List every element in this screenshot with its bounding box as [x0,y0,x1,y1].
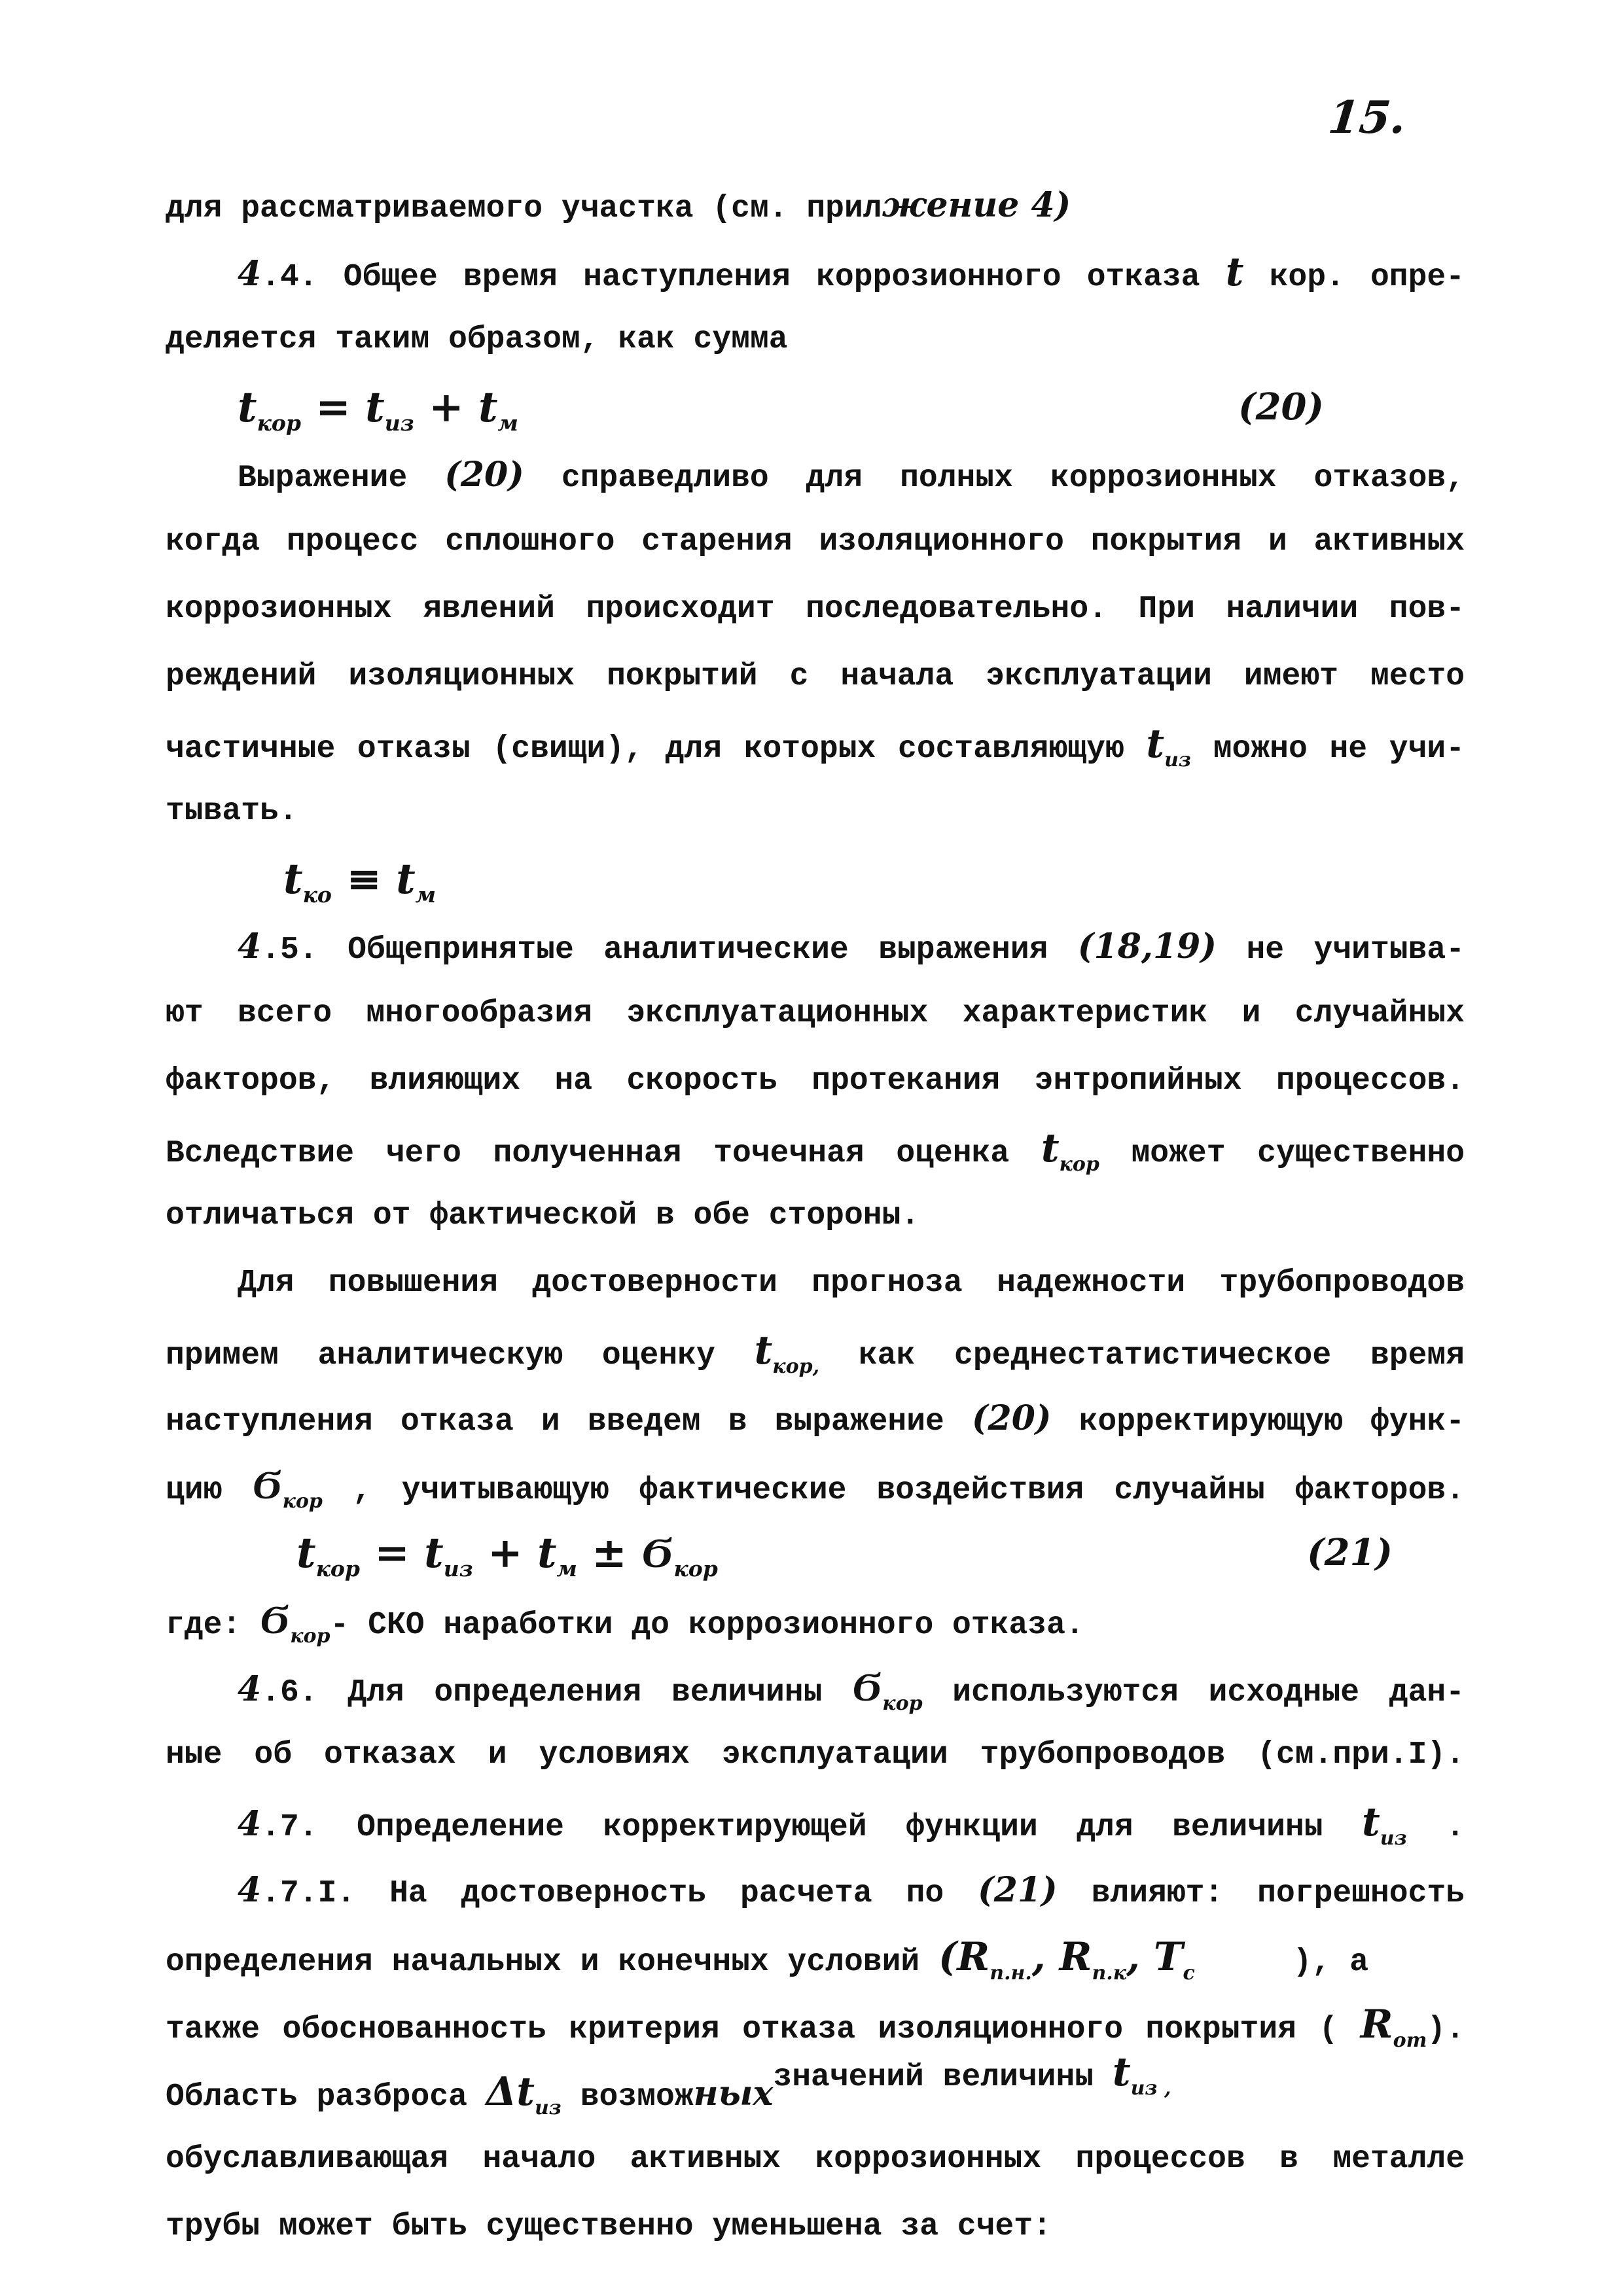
handwritten-var: tкор [238,383,301,432]
text-line: наступления отказа и введем в выражение … [166,1385,1465,1452]
handwritten-number: (18,19) [1078,927,1217,966]
typed-text: влияют: погрешность [1058,1876,1465,1911]
typed-text: трубы может быть существенно уменьшена з… [166,2209,1052,2244]
var-base: Ϭ [852,1665,882,1710]
handwritten-var: tм [396,855,436,904]
typed-text: можно не учи- [1191,732,1465,767]
operator: = [360,1528,424,1578]
formula-identity: tко ≡ tм [166,845,1465,913]
typed-text: .7.I. На достоверность расчета по [261,1876,978,1911]
var-sub: п.н. [990,1962,1032,1985]
text-line: 4.5. Общепринятые аналитические выражени… [166,913,1465,980]
equation-number: (20) [1238,374,1324,441]
var-sub: м [557,1556,577,1581]
text-line: Вследствие чего полученная точечная оцен… [166,1115,1465,1182]
text-line: для рассматриваемого участка (см. прилже… [166,171,1465,239]
var-base: Ϭ [641,1528,673,1578]
typed-text: цию [166,1473,252,1508]
text-line: 4.4. Общее время наступления коррозионно… [166,239,1465,306]
typed-text: Выражение [238,461,444,496]
typed-text: - СКО наработки до коррозионного отказа. [330,1608,1084,1643]
var-base: t [478,383,498,432]
var-base: t [1146,721,1164,767]
typed-text: отличаться от фактической в обе стороны. [166,1198,919,1233]
typed-text: Область разброса [166,2079,486,2115]
handwritten-var: tиз [1146,721,1191,767]
var-base: t [238,383,257,432]
var-sub: из [444,1556,473,1581]
handwritten-var: tиз [1362,1799,1407,1845]
var-base: Ϭ [252,1462,282,1508]
var-base: t [1113,2049,1131,2095]
typed-text: справедливо для полных коррозионных отка… [524,461,1465,496]
operator: ≡ [332,855,396,904]
handwritten-var: tко [283,855,332,904]
handwritten-var: tиз [365,383,414,432]
handwritten-digit: 4 [238,1669,261,1709]
var-base: t [396,855,416,904]
handwritten-var: Rп.н. [957,1934,1031,1980]
text-line: примем аналитическую оценку tкор, как ср… [166,1317,1465,1385]
typed-text: деляется таким образом, как сумма [166,322,788,357]
typed-text: обуславливающая начало активных коррозио… [166,2142,1465,2177]
handwritten-sigma: Ϭкор [852,1665,922,1710]
handwritten-var: tкор [296,1528,360,1578]
equation-number: (21) [1307,1519,1393,1587]
operator: + [414,383,478,432]
typed-text: значений величины [773,2060,1112,2095]
var-sub: кор [673,1556,717,1581]
handwritten-paren: ( [938,1934,957,1980]
var-base: t [424,1528,444,1578]
handwritten-var: t [1226,249,1244,295]
var-sub: кор [290,1625,330,1648]
var-sub: ко [303,882,332,908]
typed-text: ные об отказах и условиях эксплуатации т… [166,1737,1465,1773]
handwritten-var: Rп.к [1060,1934,1126,1980]
text-line: коррозионных явлений происходит последов… [166,576,1465,643]
var-sub: кор [316,1556,360,1581]
handwritten-text: жение 4) [882,185,1071,225]
var-sub: из [385,410,414,436]
handwritten-var: Rот [1361,2002,1427,2047]
handwritten-delta: Δ [486,2069,517,2115]
text-line: факторов, влияющих на скорость протекани… [166,1048,1465,1115]
var-sub: п.к [1092,1962,1127,1985]
handwritten-var: tиз , [1113,2049,1171,2095]
text-line: 4.7. Определение корректирующей функции … [166,1789,1465,1856]
var-sub: м [416,882,436,908]
text-line: цию Ϭкор , учитывающую фактические возде… [166,1452,1465,1519]
handwritten-number: (20) [444,455,524,495]
var-base: t [516,2069,535,2115]
var-sub: с [1183,1962,1195,1985]
handwritten-text: ных [694,2074,774,2113]
var-sub: м [498,410,518,436]
text-line: трубы может быть существенно уменьшена з… [166,2193,1465,2261]
text-line: Выражение (20) справедливо для полных ко… [166,441,1465,508]
typed-text: .4. Общее время наступления коррозионног… [261,260,1226,295]
typed-text: для рассматриваемого участка (см. прил [166,191,882,226]
var-sub: кор, [772,1355,819,1378]
var-sub: кор [283,1490,323,1513]
handwritten-digit: 4 [238,254,261,294]
typed-text: возмож [562,2079,694,2115]
typed-text: кор. опре- [1243,260,1465,295]
typed-text: .7. Определение корректирующей функции д… [261,1810,1362,1845]
handwritten-digit: 4 [238,927,261,966]
handwritten-var: tиз [424,1528,473,1578]
typed-text: где: [166,1608,260,1643]
operator: ± [577,1528,641,1578]
handwritten-var: tм [478,383,518,432]
text-line: деляется таким образом, как сумма [166,306,1465,374]
var-base: R [1361,2002,1393,2047]
typed-text: коррозионных явлений происходит последов… [166,592,1465,627]
typed-text: частичные отказы (свищи), для которых со… [166,732,1146,767]
var-sub: кор [1060,1153,1099,1176]
var-base: t [1362,1799,1380,1845]
text-body: для рассматриваемого участка (см. прилже… [166,171,1465,2261]
page-number: 15. [1326,92,1409,144]
typed-text: корректирующую функ- [1052,1404,1465,1439]
typed-text: определения начальных и конечных условий [166,1945,938,1980]
handwritten-digit: 4 [238,1870,261,1910]
var-base: R [957,1934,990,1980]
typed-text: используются исходные дан- [923,1675,1465,1710]
text-line: когда процесс сплошного старения изоляци… [166,508,1465,576]
formula-20: tкор = tиз + tм (20) [166,374,1465,441]
text-line: 4.6. Для определения величины Ϭкор испол… [166,1654,1465,1722]
var-sub: из , [1131,2077,1171,2100]
typed-text: может существенно [1099,1136,1465,1171]
var-sub: кор [882,1692,922,1715]
raised-text: значений величины tиз , [773,2060,1171,2095]
var-base: R [1060,1934,1092,1980]
typed-text: , учитывающую фактические воздействия сл… [323,1473,1465,1508]
typed-text: тывать. [166,794,298,829]
text-line: ные об отказах и условиях эксплуатации т… [166,1722,1465,1789]
var-sub: из [1164,749,1191,771]
typed-text: не учитыва- [1217,932,1465,968]
text-line: реждений изоляционных покрытий с начала … [166,643,1465,711]
var-base: Ϭ [260,1597,290,1643]
text-line: Область разброса Δtиз возможныхзначений … [166,2058,1465,2126]
handwritten-var: Тс [1154,1934,1195,1980]
document-page: 15. для рассматриваемого участка (см. пр… [0,0,1623,2296]
var-base: t [365,383,385,432]
typed-text: когда процесс сплошного старения изоляци… [166,524,1465,559]
text-line: 4.7.I. На достоверность расчета по (21) … [166,1856,1465,1924]
typed-text: ют всего многообразия эксплуатационных х… [166,996,1465,1031]
text-line: тывать. [166,778,1465,845]
typed-text: .6. Для определения величины [261,1675,852,1710]
typed-text: также обоснованность критерия отказа изо… [166,2012,1361,2047]
var-sub: кор [257,410,301,436]
var-sub: от [1393,2029,1427,2052]
var-base: t [755,1328,773,1373]
text-line: обуславливающая начало активных коррозио… [166,2126,1465,2193]
typed-text: ), а [1293,1945,1368,1980]
handwritten-sigma: Ϭкор [252,1462,322,1508]
var-base: Т [1154,1934,1183,1980]
text-line: частичные отказы (свищи), для которых со… [166,711,1465,778]
handwritten-number: (20) [972,1398,1052,1438]
handwritten-var: tкор, [755,1328,819,1373]
typed-text: Вследствие чего полученная точечная оцен… [166,1136,1041,1171]
typed-text: Для повышения достоверности прогноза над… [238,1265,1465,1301]
var-base: t [537,1528,557,1578]
handwritten-digit: 4 [238,1804,261,1844]
operator: = [301,383,365,432]
typed-text: ). [1427,2012,1465,2047]
handwritten-var: tм [537,1528,577,1578]
typed-text: факторов, влияющих на скорость протекани… [166,1063,1465,1099]
handwritten-text: , [1032,1934,1060,1980]
typed-text: . [1407,1810,1465,1845]
var-sub: из [1380,1827,1407,1850]
handwritten-sigma: Ϭкор [260,1597,330,1643]
formula-21: tкор = tиз + tм ± Ϭкор (21) [166,1519,1465,1587]
var-base: t [1041,1125,1060,1171]
typed-text: наступления отказа и введем в выражение [166,1404,972,1439]
var-base: t [283,855,303,904]
handwritten-number: (21) [978,1870,1058,1910]
text-line: Для повышения достоверности прогноза над… [166,1250,1465,1317]
typed-text: как среднестатистическое время [819,1338,1465,1373]
text-line: определения начальных и конечных условий… [166,1924,1465,1991]
var-base: t [296,1528,316,1578]
typed-text: примем аналитическую оценку [166,1338,755,1373]
handwritten-var: tиз [516,2069,562,2115]
handwritten-text: , [1126,1934,1154,1980]
text-line: ют всего многообразия эксплуатационных х… [166,980,1465,1048]
typed-text: .5. Общепринятые аналитические выражения [261,932,1078,968]
text-line: где: Ϭкор- СКО наработки до коррозионног… [166,1587,1465,1654]
text-line: также обоснованность критерия отказа изо… [166,1991,1465,2058]
handwritten-sigma: Ϭкор [641,1528,718,1578]
text-line: отличаться от фактической в обе стороны. [166,1182,1465,1250]
operator: + [473,1528,537,1578]
handwritten-var: tкор [1041,1125,1099,1171]
typed-text: реждений изоляционных покрытий с начала … [166,659,1465,694]
var-sub: из [535,2096,562,2119]
